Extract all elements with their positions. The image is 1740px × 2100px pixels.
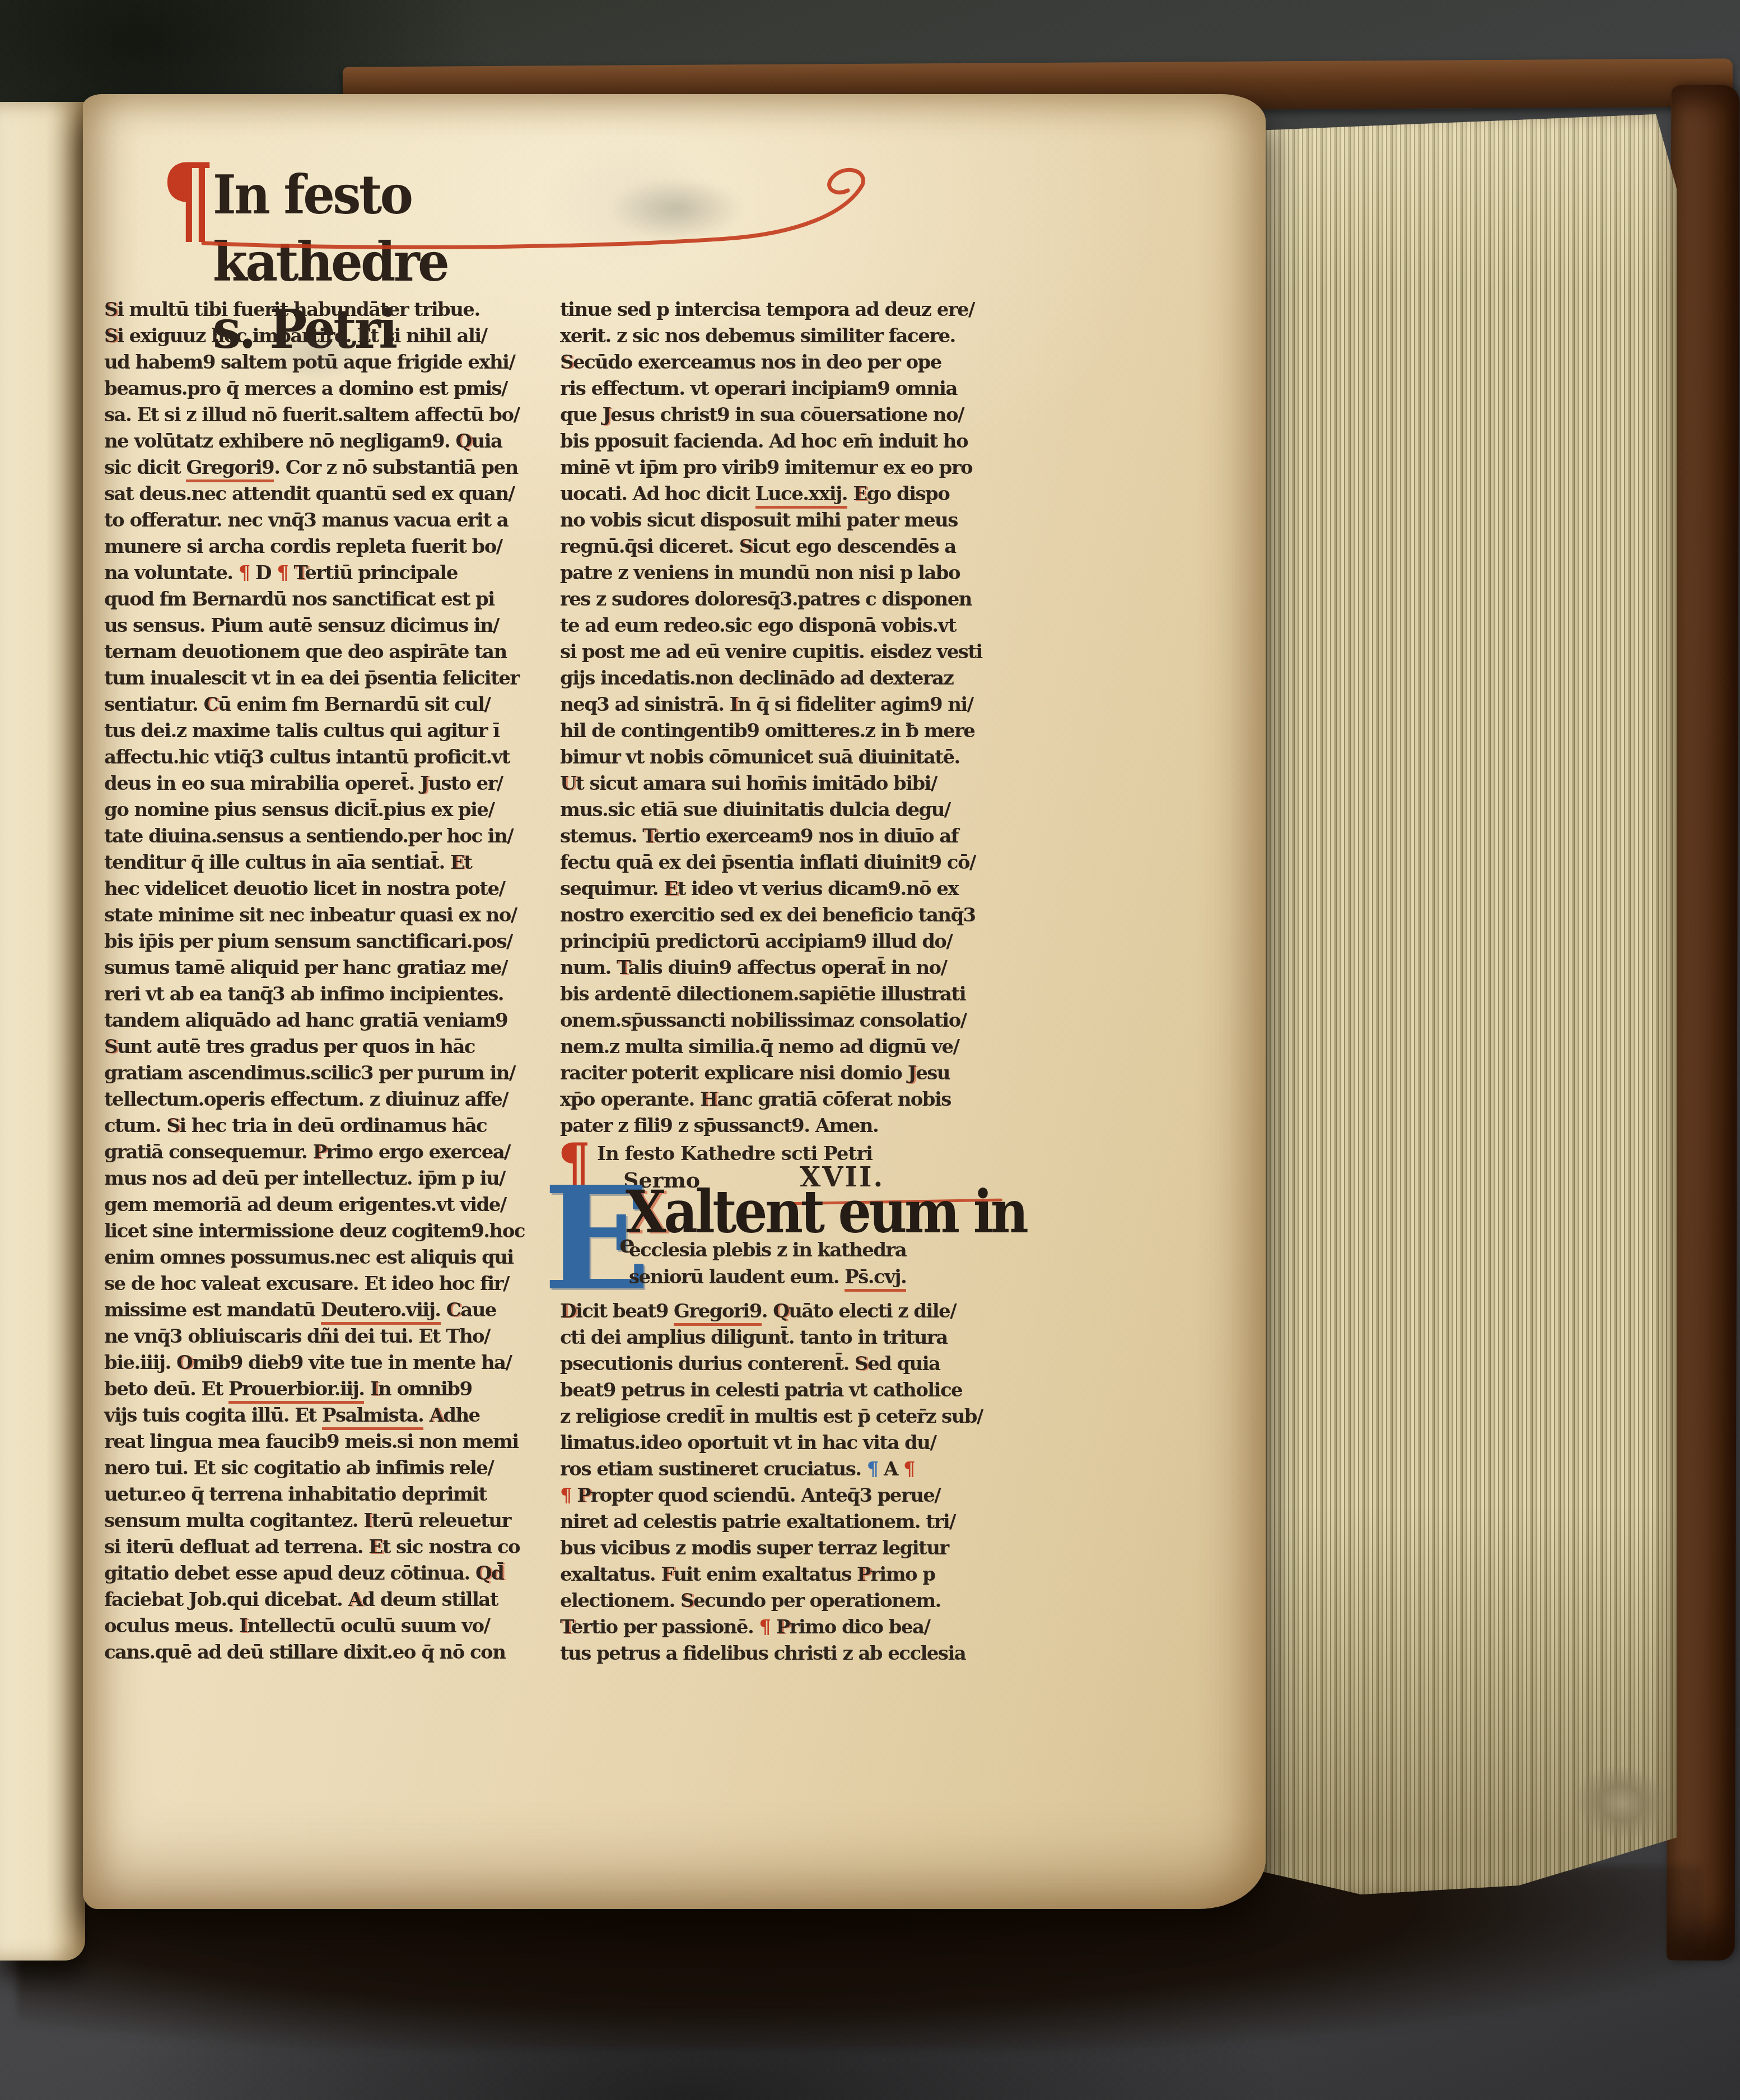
text-segment: go dispo [867,483,950,505]
text-segment: ū enim fm Bernardū sit cul/ [218,693,491,716]
rubricated-capital: P [577,1484,590,1507]
text-segment: hec videlicet deuotio licet in nostra po… [104,878,505,900]
text-segment: sat deus.nec attendit quantū sed ex quan… [104,483,514,505]
text-line: vijs tuis cogita illū. Et Psalmista. Adh… [104,1403,538,1429]
text-line: beto deū. Et Prouerbior.iij. In omnib9 [104,1376,538,1403]
text-line: ris effectum. vt operari incipiam9 omnia [560,376,1000,402]
text-segment: res z sudores doloresq̄3.patres c dispon… [560,588,972,611]
text-line: minē vt ip̄m pro virib9 imitemur ex eo p… [560,455,1000,481]
text-line: que Jesus christ9 in sua cōuersatione no… [560,402,1000,429]
text-column-right: tinue sed p intercisa tempora ad deuz er… [560,297,1000,1139]
text-segment: munere si archa cordis repleta fuerit bo… [104,536,502,558]
text-segment: D [250,562,277,584]
text-segment: regnū.q̄si diceret. [560,536,739,558]
rubricated-capital: P [857,1563,870,1586]
text-segment: psecutionis durius conterent̄. [560,1353,855,1375]
text-line: Si multū tibi fuerit habundāter tribue. [104,297,538,323]
text-segment: enim omnes possumus.nec est aliquis qui [104,1246,514,1269]
text-segment: anc gratiā cōferat nobis [717,1088,950,1111]
text-segment: quod fm Bernardū nos sanctificat est pi [104,588,495,611]
rubricated-capital: S [104,325,117,347]
text-segment: tum inualescit vt in ea dei p̄sentia fel… [104,667,519,690]
text-segment: ertio exerceam9 nos in diuīo af [654,825,958,848]
text-segment: i multū tibi fuerit habundāter tribue. [117,299,480,321]
text-line: ¶ Propter quod sciendū. Anteq̄3 perue/ [560,1483,1000,1509]
text-line: se de hoc valeat excusare. Et ideo hoc f… [104,1271,538,1297]
book-page: ¶ In festo kathedre s. Petri Si multū ti… [83,94,1266,1909]
text-segment: sic dicit [104,457,186,479]
text-segment: sumus tamē aliquid per hanc gratiaz me/ [104,957,507,979]
text-segment: gratiā consequemur. [104,1141,312,1163]
text-segment: nostro exercitio sed ex dei beneficio ta… [560,904,976,926]
text-segment: terū releuetur [372,1510,511,1532]
text-line: ros etiam sustineret cruciatus. ¶ A ¶ [560,1456,1000,1483]
text-line: gratiā consequemur. Primo ergo exercea/ [104,1139,538,1166]
red-pilcrow-mark: ¶ [903,1458,915,1480]
text-segment: unt autē tres gradus per quos in hāc [117,1036,475,1058]
rubricated-capital: T [617,957,628,979]
text-segment: ctum. [104,1115,166,1137]
text-segment: reat lingua mea faucib9 meis.si non memi [104,1431,519,1453]
text-segment: affectu.hic vtiq̄3 cultus intantū profic… [104,746,510,769]
text-segment: pater z fili9 z sp̄ussanct9. Amen. [560,1115,878,1137]
text-segment: sentiatur. [104,693,203,716]
text-segment: ris effectum. vt operari incipiam9 omnia [560,378,957,400]
rubricated-capital: O [176,1352,192,1374]
text-line: si iterū defluat ad terrena. Et sic nost… [104,1534,538,1561]
rubricated-capital: T [642,825,654,848]
text-line: Sunt autē tres gradus per quos in hāc [104,1034,538,1060]
text-line: pater z fili9 z sp̄ussanct9. Amen. [560,1113,1000,1139]
text-segment: vijs tuis cogita illū. Et [104,1404,322,1427]
rubricated-capital: U [560,772,576,795]
text-line: gitatio debet esse apud deuz cōtinua. Qd… [104,1561,538,1587]
text-segment: se de hoc valeat excusare. Et ideo hoc f… [104,1273,509,1295]
text-segment: to offeratur. nec vnq̄3 manus vacua erit… [104,509,508,532]
text-line: hil de contingentib9 omitteres.z in ƀ me… [560,718,1000,744]
text-segment: . [762,1300,773,1323]
text-line: ud habem9 saltem potū aque frigide exhi/ [104,350,538,376]
rubricated-capital: S [104,299,117,321]
text-segment: ud habem9 saltem potū aque frigide exhi/ [104,351,515,374]
red-underlined-citation: Gregori9 [674,1300,762,1326]
red-pilcrow-mark: ¶ [759,1616,770,1638]
rubricated-capital: E [664,878,677,900]
text-line: sumus tamē aliquid per hanc gratiaz me/ [104,955,538,981]
text-segment: i exiguuz hoc impartire. Et si nihil ali… [117,325,487,347]
rubricated-capital: I [730,693,738,716]
text-line: tenditur q̄ ille cultus in aīa sentiat̄.… [104,850,538,876]
text-segment: si post me ad eū venire cupitis. eisdez … [560,641,982,663]
text-segment [571,1484,577,1507]
rubricated-capital: J [603,404,611,426]
text-line: bis ip̄is per pium sensum sanctificari.p… [104,929,538,955]
red-pilcrow-mark: ¶ [560,1484,571,1507]
text-line: res z sudores doloresq̄3.patres c dispon… [560,586,1000,613]
red-underlined-citation: Psalmista. [322,1404,423,1430]
book-photograph: ¶ In festo kathedre s. Petri Si multū ti… [0,0,1740,2100]
text-segment: rimo p [870,1563,935,1586]
text-line: ctum. Si hec tria in deū ordinamus hāc [104,1113,538,1139]
text-segment: z religiose credit̄ in multis est p̄ cet… [560,1405,983,1428]
rubricated-capital: P [776,1616,790,1638]
text-segment: gem memoriā ad deum erigentes.vt vide/ [104,1194,506,1216]
text-segment: t ideo vt verius dicam9.nō ex [678,878,958,900]
text-line: bis ardentē dilectionem.sapiētie illustr… [560,981,1000,1008]
text-segment: no vobis sicut disposuit mihi pater meus [560,509,958,532]
text-line: neq3 ad sinistrā. In q̄ si fideliter agi… [560,692,1000,718]
text-line: nem.z multa similia.q̄ nemo ad dignū ve/ [560,1034,1000,1060]
text-segment: go nomine pius sensus dicit̄.pius ex pie… [104,799,494,821]
text-segment: na voluntate. [104,562,239,584]
text-segment: tus dei.z maxime talis cultus qui agitur… [104,720,500,742]
text-line: gratiam ascendimus.scilic3 per purum in/ [104,1060,538,1087]
text-segment: d deum stillat [362,1589,497,1611]
text-line: faciebat Job.qui dicebat. Ad deum stilla… [104,1587,538,1613]
text-line: enim omnes possumus.nec est aliquis qui [104,1245,538,1271]
text-segment: gijs incedatis.non declinādo ad dexteraz [560,667,953,690]
ink-smudge [609,178,744,240]
rubricated-capital: C [203,693,217,716]
text-line: ternam deuotionem que deo aspirāte tan [104,639,538,665]
text-segment [423,1404,429,1427]
text-line: tandem aliquādo ad hanc gratiā veniam9 [104,1008,538,1034]
cover-corner-wear [1557,1758,1674,1856]
rubricated-capital: F [661,1563,673,1586]
text-segment: gratiam ascendimus.scilic3 per purum in/ [104,1062,515,1084]
text-segment: beto deū. Et [104,1378,228,1400]
text-segment: uit enim exaltatus [673,1563,857,1586]
text-line: sic dicit Gregori9. Cor z nō substantiā … [104,455,538,481]
text-segment: oculus meus. [104,1615,239,1637]
text-segment [364,1378,370,1400]
text-segment: si iterū defluat ad terrena. [104,1536,368,1558]
text-line: nero tui. Et sic cogitatio ab infimis re… [104,1455,538,1482]
rubricated-capital: S [680,1590,693,1612]
text-line: cans.quē ad deū stillare dixit.eo q̄ nō … [104,1640,538,1666]
text-line: na voluntate. ¶ D ¶ Tertiū principale [104,560,538,586]
red-pilcrow-mark: ¶ [239,562,250,584]
text-line: raciter poterit explicare nisi domio Jes… [560,1060,1000,1087]
text-segment: ertiū principale [305,562,457,584]
text-line: deus in eo sua mirabilia operet̄. Justo … [104,771,538,797]
text-line: nostro exercitio sed ex dei beneficio ta… [560,902,1000,929]
text-segment: bus vicibus z modis super terraz legitur [560,1537,949,1559]
rubricated-capital: H [700,1088,717,1111]
text-segment: electionem. [560,1590,680,1612]
text-segment: xp̄o operante. [560,1088,700,1111]
text-segment: esus christ9 in sua cōuersatione no/ [610,404,964,426]
text-line: sensum multa cogitantez. Iterū releuetur [104,1508,538,1534]
text-line: xerit. z sic nos debemus similiter facer… [560,323,1000,350]
text-line: ne vnq̄3 obliuiscaris dñi dei tui. Et Th… [104,1324,538,1350]
text-segment: principiū predictorū accipiam9 illud do/ [560,930,952,953]
book-cover-fore-edge [1667,85,1740,1961]
text-segment: n omnib9 [378,1378,472,1400]
text-line: oculus meus. Intellectū oculū suum vo/ [104,1613,538,1640]
text-segment: deus in eo sua mirabilia operet̄. [104,772,420,795]
text-segment: esu [916,1062,950,1084]
rubricated-capital: S [104,1036,117,1058]
incipit-rest: altent eum in [664,1177,1026,1246]
red-underlined-citation: Luce.xxij. [755,483,847,509]
red-underlined-citation: Deutero.viij. [321,1299,441,1325]
text-segment: ternam deuotionem que deo aspirāte tan [104,641,507,663]
text-segment: tellectum.operis effectum. z diuinuz aff… [104,1088,508,1111]
text-segment: tate diuina.sensus a sentiendo.per hoc i… [104,825,513,848]
blue-pilcrow-mark: ¶ [867,1458,878,1480]
text-line: te ad eum redeo.sic ego disponā vobis.vt [560,613,1000,639]
facing-page-edge [0,102,85,1961]
text-segment [288,562,293,584]
rubricated-capital: T [293,562,305,584]
text-line: niret ad celestis patrie exaltationem. t… [560,1509,1000,1535]
text-line: missime est mandatū Deutero.viij. Caue [104,1297,538,1324]
text-segment: reri vt ab ea tanq̄3 ab infimo incipient… [104,983,503,1005]
text-line: uocati. Ad hoc dicit Luce.xxij. Ego disp… [560,481,1000,507]
text-line: tus petrus a fidelibus christi z ab eccl… [560,1641,1000,1667]
text-segment: niret ad celestis patrie exaltationem. t… [560,1511,955,1533]
rubricated-capital: S [855,1353,867,1375]
rubricated-capital: A [348,1589,362,1611]
text-line: hec videlicet deuotio licet in nostra po… [104,876,538,902]
text-column-left: Si multū tibi fuerit habundāter tribue.S… [104,297,538,1666]
text-segment [770,1616,776,1638]
text-segment: bimur vt nobis cōmunicet suā diuinitatē. [560,746,960,769]
text-segment: bis ardentē dilectionem.sapiētie illustr… [560,983,965,1005]
fore-edge-page-block [1261,114,1677,1894]
text-segment: tandem aliquādo ad hanc gratiā veniam9 [104,1009,507,1032]
text-segment: dhe [443,1404,479,1427]
text-line: tum inualescit vt in ea dei p̄sentia fel… [104,665,538,692]
text-line: us sensus. Pium autē sensuz dicimus in/ [104,613,538,639]
text-segment: sequimur. [560,878,664,900]
text-segment: t sic nostra co [382,1536,520,1558]
text-line: to offeratur. nec vnq̄3 manus vacua erit… [104,507,538,534]
text-segment: tenditur q̄ ille cultus in aīa sentiat̄. [104,851,450,874]
text-line: sa. Et si z illud nō fuerit.saltem affec… [104,402,538,429]
text-segment: ntellectū oculū suum vo/ [247,1615,489,1637]
text-line: Secūdo exerceamus nos in deo per ope [560,350,1000,376]
text-line: bimur vt nobis cōmunicet suā diuinitatē. [560,744,1000,771]
text-segment: bis pposuit facienda. Ad hoc em̄ induit … [560,430,968,453]
text-line: Dicit beat9 Gregori9. Quāto electi z dil… [560,1298,1000,1325]
text-segment: fectu quā ex dei p̄sentia inflati diuini… [560,851,976,874]
text-segment: nem.z multa similia.q̄ nemo ad dignū ve/ [560,1036,959,1058]
incipit-line-3: seniorū laudent eum. Ps̄.cvj. [629,1266,906,1288]
text-line: xp̄o operante. Hanc gratiā cōferat nobis [560,1087,1000,1113]
rubricated-capital: S [166,1115,179,1137]
rubricated-capital: P [312,1141,326,1163]
text-line: beat9 petrus in celesti patria vt cathol… [560,1377,1000,1404]
text-segment: neq3 ad sinistrā. [560,693,730,716]
text-line: stemus. Tertio exerceam9 nos in diuīo af [560,823,1000,850]
incipit-line-large: Xaltent eum in [626,1183,1026,1241]
text-segment: beamus.pro q̄ merces a domino est pmis/ [104,378,507,400]
text-line: go nomine pius sensus dicit̄.pius ex pie… [104,797,538,823]
text-segment: ne volūtatz exhibere nō negligam9. [104,430,455,453]
text-line: si post me ad eū venire cupitis. eisdez … [560,639,1000,665]
rubricated-capital: I [239,1615,247,1637]
text-line: sentiatur. Cū enim fm Bernardū sit cul/ [104,692,538,718]
text-segment: ertio per passionē. [571,1616,759,1638]
text-line: onem.sp̄ussancti nobilissimaz consolatio… [560,1008,1000,1034]
text-segment: licet sine intermissione deuz cogitem9.h… [104,1220,525,1242]
text-line: reri vt ab ea tanq̄3 ab infimo incipient… [104,981,538,1008]
text-segment: patre z veniens in mundū non nisi p labo [560,562,960,584]
psalm-reference: Ps̄.cvj. [845,1266,906,1292]
text-line: principiū predictorū accipiam9 illud do/ [560,929,1000,955]
text-segment: alis diuin9 affectus operat̄ in no/ [628,957,947,979]
text-segment: gitatio debet esse apud deuz cōtinua. [104,1562,475,1585]
text-line: bus vicibus z modis super terraz legitur [560,1535,1000,1562]
text-segment: bie.iiij. [104,1352,176,1374]
text-segment: ropter quod sciendū. Anteq̄3 perue/ [590,1484,940,1507]
text-line: tate diuina.sensus a sentiendo.per hoc i… [104,823,538,850]
text-line: Si exiguuz hoc impartire. Et si nihil al… [104,323,538,350]
text-segment: mus nos ad deū per intellectuz. ip̄m p i… [104,1167,505,1190]
header-red-flourish [161,160,979,306]
text-segment: exaltatus. [560,1563,661,1586]
text-line: regnū.q̄si diceret. Sicut ego descendēs … [560,534,1000,560]
text-segment: ecūdo exerceamus nos in deo per ope [573,351,941,374]
text-line: cti dei amplius diligunt̄. tanto in trit… [560,1325,1000,1351]
text-line: sat deus.nec attendit quantū sed ex quan… [104,481,538,507]
rubricated-capital: J [908,1062,916,1084]
text-line: z religiose credit̄ in multis est p̄ cet… [560,1404,1000,1430]
text-segment: aue [460,1299,496,1321]
rubricated-capital: Qd̄ [475,1562,503,1585]
text-segment: mib9 dieb9 vite tue in mente ha/ [192,1352,511,1374]
text-line: affectu.hic vtiq̄3 cultus intantū profic… [104,744,538,771]
text-line: tellectum.operis effectum. z diuinuz aff… [104,1087,538,1113]
text-line: gijs incedatis.non declinādo ad dexteraz [560,665,1000,692]
text-line: patre z veniens in mundū non nisi p labo [560,560,1000,586]
text-segment: t [464,851,472,874]
text-segment: tinue sed p intercisa tempora ad deuz er… [560,299,974,321]
text-segment: onem.sp̄ussancti nobilissimaz consolatio… [560,1009,967,1032]
text-segment: A [878,1458,903,1480]
text-segment: ne vnq̄3 obliuiscaris dñi dei tui. Et Th… [104,1325,490,1348]
rubricated-capital: A [429,1404,443,1427]
red-pilcrow-mark: ¶ [277,562,288,584]
rubricated-capital: E [450,851,464,874]
text-line: beamus.pro q̄ merces a domino est pmis/ [104,376,538,402]
rubricated-capital: Q [455,430,471,453]
text-segment: que [560,404,603,426]
text-line: ne volūtatz exhibere nō negligam9. Quia [104,429,538,455]
red-underlined-citation: Prouerbior.iij. [228,1378,364,1404]
text-segment: te ad eum redeo.sic ego disponā vobis.vt [560,614,956,637]
text-segment: state minime sit nec inbeatur quasi ex n… [104,904,517,926]
text-segment: uia [472,430,502,453]
text-segment: limatus.ideo oportuit vt in hac vita du/ [560,1432,936,1454]
text-segment: minē vt ip̄m pro virib9 imitemur ex eo p… [560,457,972,479]
text-segment: tus petrus a fidelibus christi z ab eccl… [560,1642,965,1665]
text-line: sequimur. Et ideo vt verius dicam9.nō ex [560,876,1000,902]
rubricated-capital: Q [773,1300,789,1323]
rubricated-capital: E [368,1536,382,1558]
rubricated-capital: T [560,1616,571,1638]
text-segment: uocati. Ad hoc dicit [560,483,755,505]
text-segment: mus.sic etiā sue diuinitatis dulcia degu… [560,799,950,821]
text-segment: beat9 petrus in celesti patria vt cathol… [560,1379,962,1401]
text-line: reat lingua mea faucib9 meis.si non memi [104,1429,538,1455]
red-underlined-citation: Gregori9 [186,457,274,482]
text-line: bis pposuit facienda. Ad hoc em̄ induit … [560,429,1000,455]
rubricated-capital: I [363,1510,371,1532]
text-line: licet sine intermissione deuz cogitem9.h… [104,1218,538,1245]
text-segment: nero tui. Et sic cogitatio ab infimis re… [104,1457,493,1479]
text-segment: uāto electi z dile/ [789,1300,956,1323]
text-segment: bis ip̄is per pium sensum sanctificari.p… [104,930,512,953]
text-segment: num. [560,957,617,979]
text-line: mus.sic etiā sue diuinitatis dulcia degu… [560,797,1000,823]
text-segment: faciebat Job.qui dicebat. [104,1589,348,1611]
text-segment: n q̄ si fideliter agim9 ni/ [738,693,973,716]
text-line: quod fm Bernardū nos sanctificat est pi [104,586,538,613]
incipit-line-2: ecclesia plebis z in kathedra [629,1239,906,1261]
rubricated-capital: D [560,1300,576,1323]
text-segment: uetur.eo q̄ terrena inhabitatio deprimit [104,1483,487,1506]
text-segment: raciter poterit explicare nisi domio [560,1062,908,1084]
text-line: tinue sed p intercisa tempora ad deuz er… [560,297,1000,323]
incipit-line-3-text: seniorū laudent eum. [629,1266,845,1288]
text-segment: cans.quē ad deū stillare dixit.eo q̄ nō … [104,1641,505,1664]
text-line: uetur.eo q̄ terrena inhabitatio deprimit [104,1482,538,1508]
text-segment: rimo dico bea/ [790,1616,930,1638]
text-line: bie.iiij. Omib9 dieb9 vite tue in mente … [104,1350,538,1376]
text-line: psecutionis durius conterent̄. Sed quia [560,1351,1000,1377]
text-segment: ecundo per operationem. [693,1590,941,1612]
text-line: Tertio per passionē. ¶ Primo dico bea/ [560,1614,1000,1641]
text-segment: icut ego descendēs a [752,536,956,558]
text-segment: missime est mandatū [104,1299,321,1321]
text-line: num. Talis diuin9 affectus operat̄ in no… [560,955,1000,981]
text-segment: t sicut amara sui hom̄is imitādo bibi/ [576,772,937,795]
text-line: munere si archa cordis repleta fuerit bo… [104,534,538,560]
text-line: Ut sicut amara sui hom̄is imitādo bibi/ [560,771,1000,797]
rubricated-capital: J [420,772,428,795]
text-line: electionem. Secundo per operationem. [560,1588,1000,1614]
text-line: state minime sit nec inbeatur quasi ex n… [104,902,538,929]
text-segment: xerit. z sic nos debemus similiter facer… [560,325,955,347]
text-column-right-continuation: Dicit beat9 Gregori9. Quāto electi z dil… [560,1298,1000,1667]
text-segment: us sensus. Pium autē sensuz dicimus in/ [104,614,499,637]
text-line: mus nos ad deū per intellectuz. ip̄m p i… [104,1166,538,1192]
text-line: fectu quā ex dei p̄sentia inflati diuini… [560,850,1000,876]
text-segment: icit beat9 [576,1300,674,1323]
text-segment: sensum multa cogitantez. [104,1510,363,1532]
text-segment: cti dei amplius diligunt̄. tanto in trit… [560,1326,948,1349]
text-line: limatus.ideo oportuit vt in hac vita du/ [560,1430,1000,1456]
text-segment [441,1299,446,1321]
text-segment: sa. Et si z illud nō fuerit.saltem affec… [104,404,519,426]
text-segment [847,483,853,505]
text-segment: . Cor z nō substantiā pen [274,457,517,479]
text-segment: i hec tria in deū ordinamus hāc [179,1115,487,1137]
rubricated-capital: C [446,1299,460,1321]
text-line: tus dei.z maxime talis cultus qui agitur… [104,718,538,744]
text-segment: stemus. [560,825,642,848]
rubricated-capital: S [739,536,752,558]
text-segment: ros etiam sustineret cruciatus. [560,1458,867,1480]
rubricated-capital: E [853,483,866,505]
rubricated-capital: S [560,351,573,374]
text-line: gem memoriā ad deum erigentes.vt vide/ [104,1192,538,1218]
text-segment: usto er/ [428,772,502,795]
text-segment: hil de contingentib9 omitteres.z in ƀ me… [560,720,974,742]
